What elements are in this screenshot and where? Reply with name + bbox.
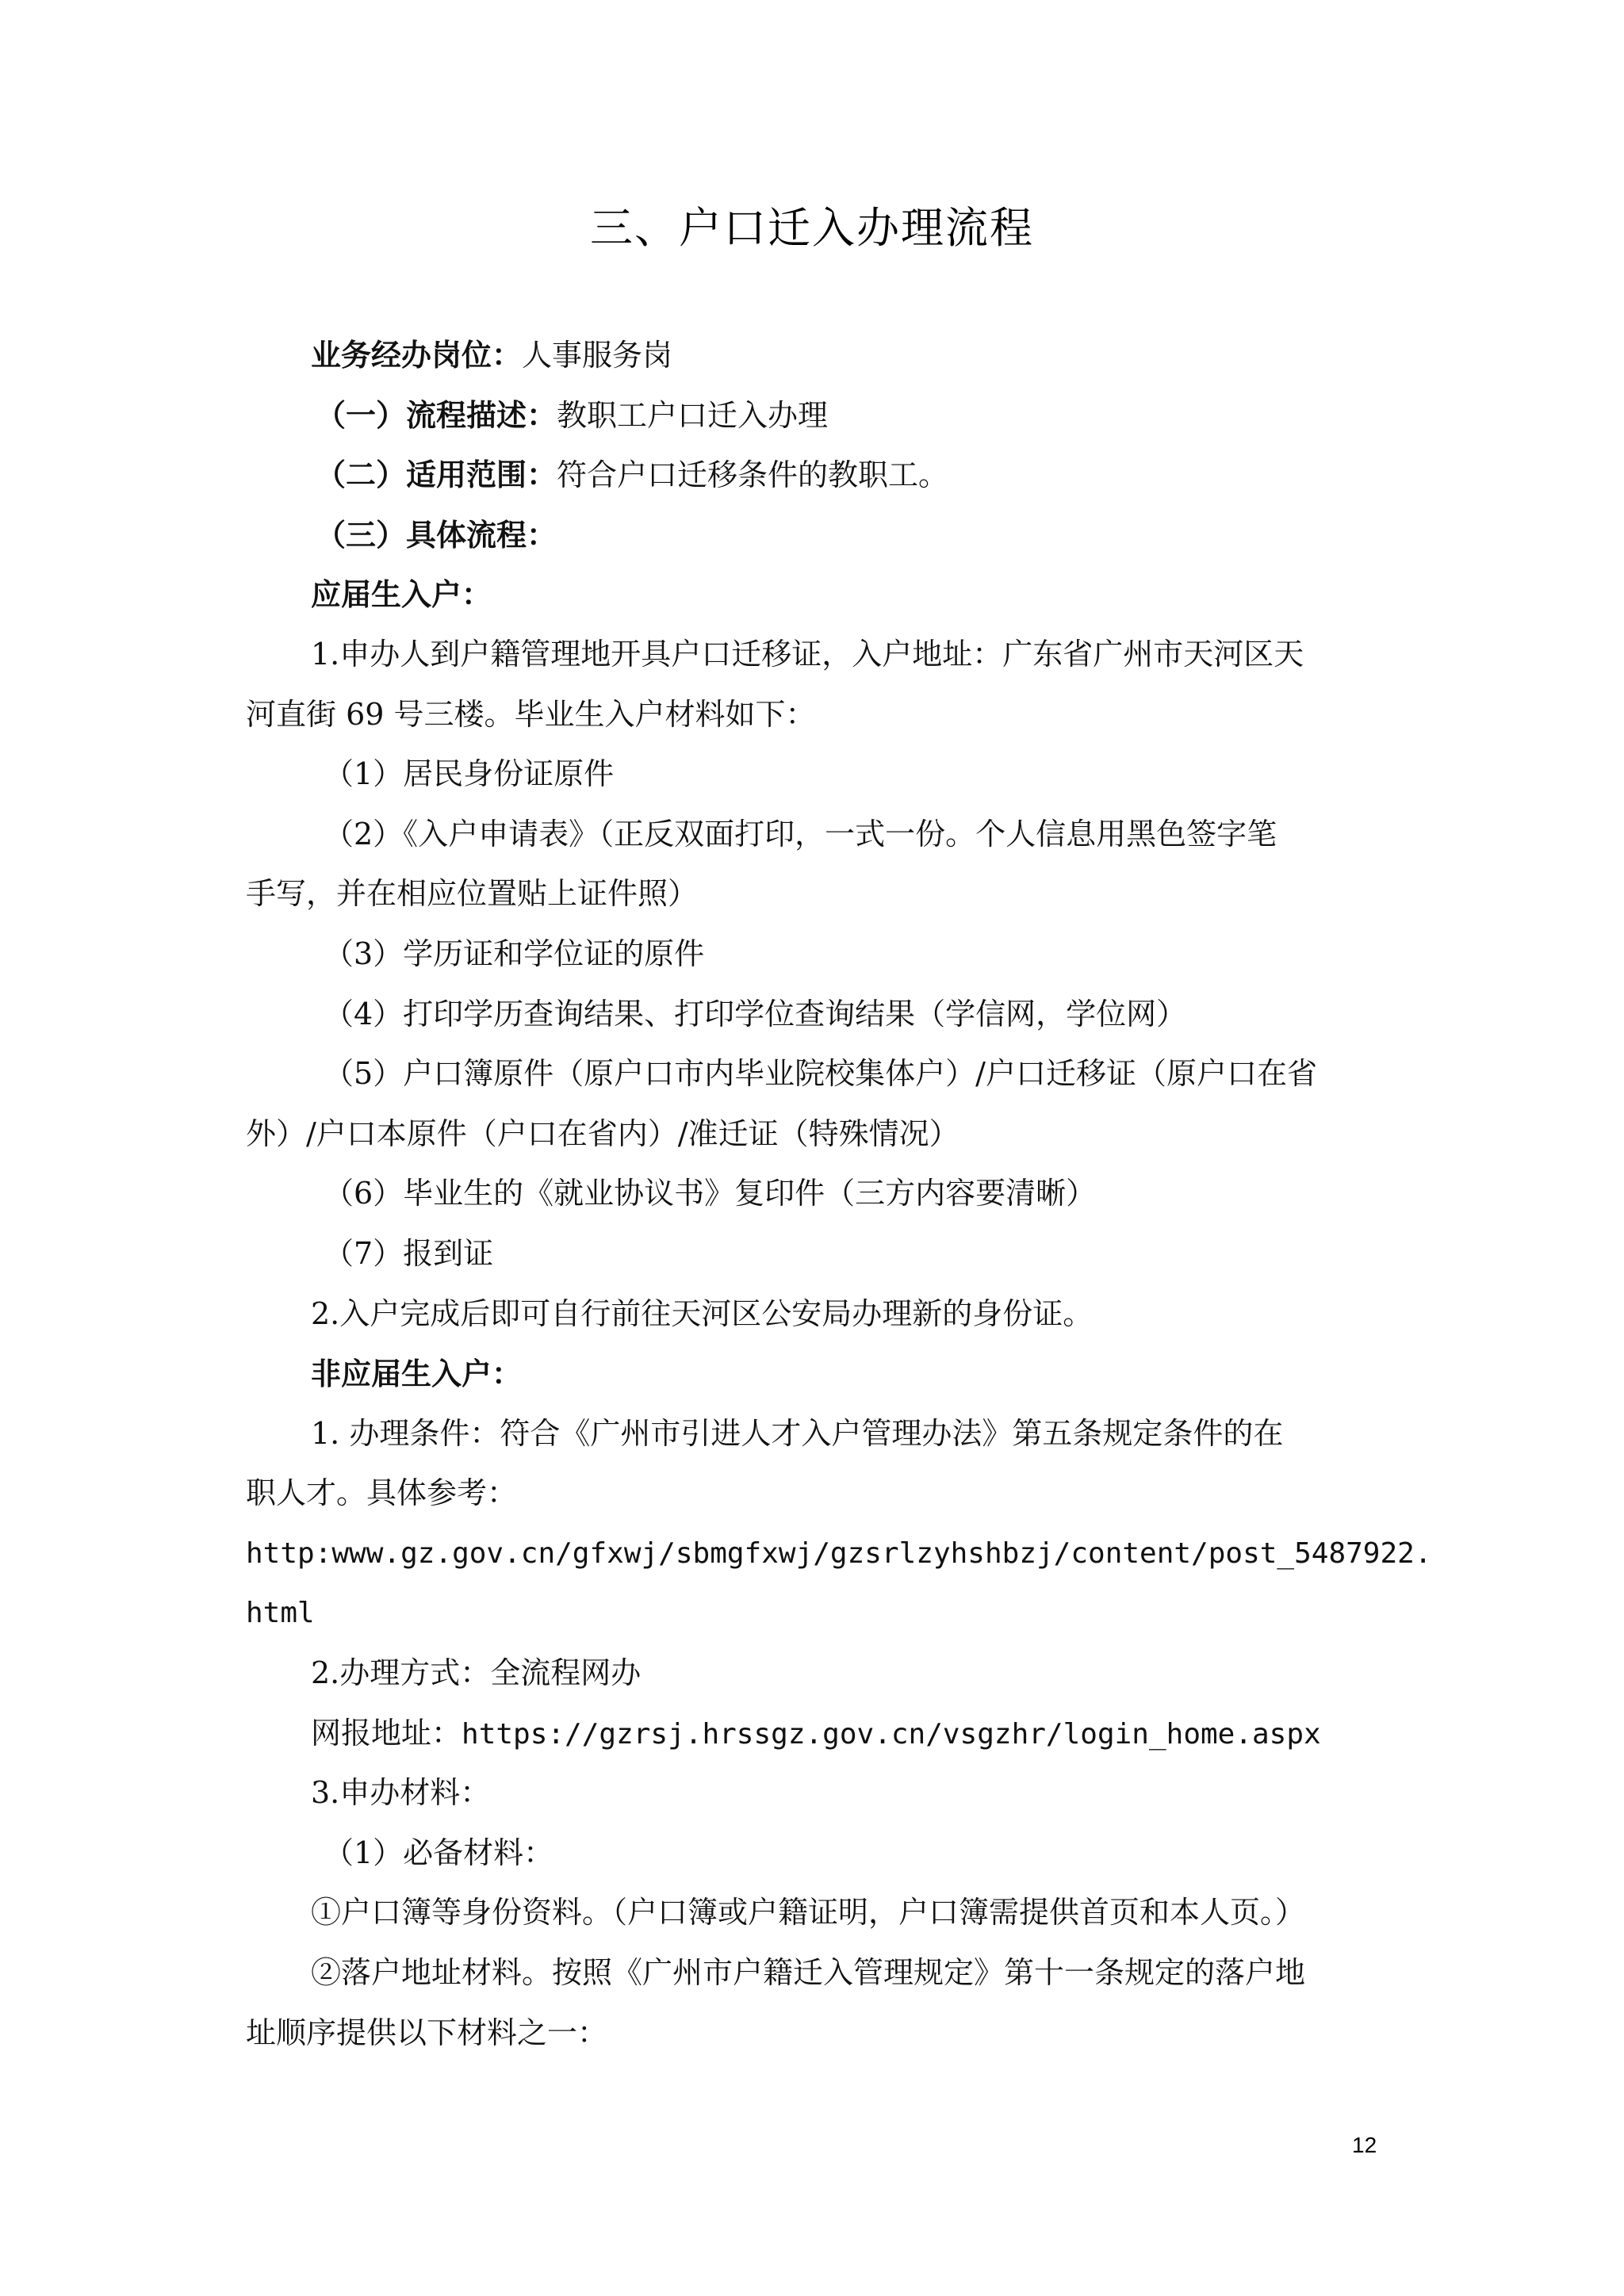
- page-number: 12: [1352, 2133, 1377, 2158]
- post-value: 人事服务岗: [522, 338, 672, 373]
- online-address-line: 网报地址：https://gzrsj.hrssgz.gov.cn/vsgzhr/…: [246, 1704, 1380, 1764]
- non-fresh-condition-line2: 职人才。具体参考：: [246, 1464, 1380, 1524]
- process-heading: （三）具体流程：: [246, 505, 1380, 565]
- document-body: 业务经办岗位：人事服务岗 （一）流程描述：教职工户口迁入办理 （二）适用范围：符…: [246, 325, 1380, 2063]
- post-label: 业务经办岗位：: [311, 337, 522, 373]
- required-item-1: ①户口簿等身份资料。（户口簿或户籍证明，户口簿需提供首页和本人页。）: [246, 1883, 1380, 1943]
- fresh-material-2: （2）《入户申请表》（正反双面打印，一式一份。个人信息用黑色签字笔: [246, 805, 1380, 865]
- fresh-graduates-heading: 应届生入户：: [246, 564, 1380, 625]
- fresh-material-2-cont: 手写，并在相应位置贴上证件照）: [246, 864, 1380, 924]
- reference-link-line2[interactable]: html: [246, 1583, 1380, 1644]
- desc-label: （一）流程描述：: [316, 397, 557, 433]
- fresh-material-4: （4）打印学历查询结果、打印学位查询结果（学信网，学位网）: [246, 985, 1380, 1045]
- desc-line: （一）流程描述：教职工户口迁入办理: [246, 385, 1380, 446]
- fresh-step1-line2: 河直街 69 号三楼。毕业生入户材料如下：: [246, 685, 1380, 745]
- document-page: 三、户口迁入办理流程 业务经办岗位：人事服务岗 （一）流程描述：教职工户口迁入办…: [0, 0, 1624, 2296]
- fresh-material-7: （7）报到证: [246, 1224, 1380, 1284]
- fresh-material-1: （1）居民身份证原件: [246, 744, 1380, 805]
- fresh-step2: 2.入户完成后即可自行前往天河区公安局办理新的身份证。: [246, 1284, 1380, 1345]
- post-line: 业务经办岗位：人事服务岗: [246, 325, 1380, 385]
- scope-value: 符合户口迁移条件的教职工。: [557, 457, 948, 492]
- fresh-material-5: （5）户口簿原件（原户口市内毕业院校集体户）/户口迁移证（原户口在省: [246, 1044, 1380, 1104]
- fresh-material-6: （6）毕业生的《就业协议书》复印件（三方内容要清晰）: [246, 1164, 1380, 1224]
- required-item-2-line1: ②落户地址材料。按照《广州市户籍迁入管理规定》第十一条规定的落户地: [246, 1943, 1380, 2003]
- non-fresh-graduates-heading: 非应届生入户：: [246, 1344, 1380, 1404]
- non-fresh-method: 2.办理方式：全流程网办: [246, 1644, 1380, 1704]
- page-title: 三、户口迁入办理流程: [0, 200, 1624, 257]
- online-address-link[interactable]: https://gzrsj.hrssgz.gov.cn/vsgzhr/login…: [462, 1718, 1321, 1751]
- required-materials-heading: （1）必备材料：: [246, 1823, 1380, 1884]
- materials-heading: 3.申办材料：: [246, 1763, 1380, 1823]
- fresh-material-3: （3）学历证和学位证的原件: [246, 924, 1380, 985]
- scope-label: （二）适用范围：: [316, 457, 557, 492]
- scope-line: （二）适用范围：符合户口迁移条件的教职工。: [246, 445, 1380, 505]
- fresh-step1-line1: 1.申办人到户籍管理地开具户口迁移证，入户地址：广东省广州市天河区天: [246, 625, 1380, 685]
- online-address-label: 网报地址：: [311, 1716, 462, 1751]
- fresh-material-5-cont: 外）/户口本原件（户口在省内）/准迁证（特殊情况）: [246, 1104, 1380, 1165]
- reference-link-line1[interactable]: http:www.gz.gov.cn/gfxwj/sbmgfxwj/gzsrlz…: [246, 1524, 1380, 1584]
- required-item-2-line2: 址顺序提供以下材料之一：: [246, 2003, 1380, 2064]
- non-fresh-condition-line1: 1. 办理条件：符合《广州市引进人才入户管理办法》第五条规定条件的在: [246, 1404, 1380, 1464]
- desc-value: 教职工户口迁入办理: [557, 398, 828, 433]
